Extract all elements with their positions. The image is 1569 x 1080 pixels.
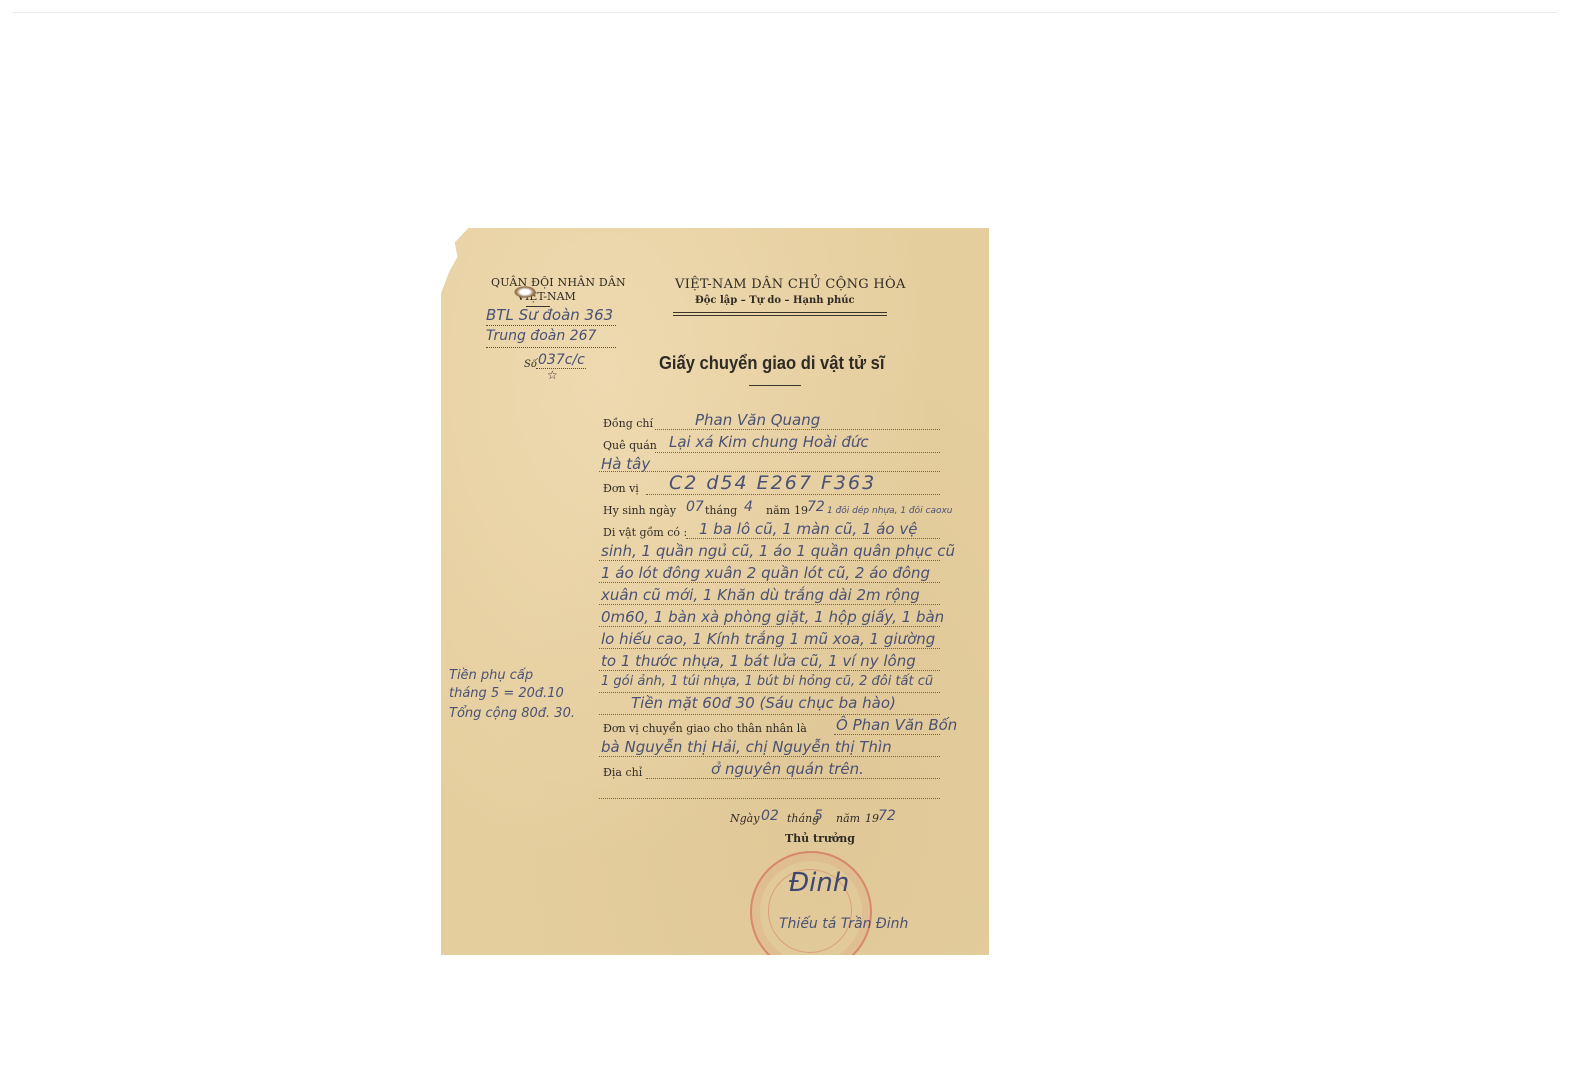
items-rule-0 bbox=[686, 538, 940, 539]
org-name-line-1: QUÂN ĐỘI NHÂN DÂN bbox=[491, 276, 626, 289]
items-rule bbox=[599, 648, 940, 649]
items-line: 1 gói ảnh, 1 túi nhựa, 1 bút bi hỏng cũ,… bbox=[601, 674, 933, 689]
margin-note-line-2: tháng 5 = 20đ.10 bbox=[449, 686, 564, 701]
date-day: 02 bbox=[761, 808, 779, 824]
header-rule bbox=[673, 312, 887, 313]
unit-label: Đơn vị bbox=[603, 482, 639, 495]
death-year-prefix: 19 bbox=[794, 504, 808, 517]
title-rule bbox=[749, 385, 801, 386]
punch-hole bbox=[514, 286, 536, 298]
unit-rule-2 bbox=[486, 347, 616, 348]
items-rule bbox=[599, 560, 940, 561]
address-rule-2 bbox=[599, 798, 940, 799]
items-line: to 1 thước nhựa, 1 bát lửa cũ, 1 ví ny l… bbox=[601, 652, 916, 670]
header-rule bbox=[673, 315, 887, 316]
comrade-rule bbox=[655, 429, 940, 430]
date-year-label: năm bbox=[836, 812, 860, 825]
items-rule bbox=[599, 714, 940, 715]
handover-value-2: bà Nguyễn thị Hải, chị Nguyễn thị Thìn bbox=[601, 738, 892, 756]
date-day-label: Ngày bbox=[730, 812, 759, 825]
items-line: 0m60, 1 bàn xà phòng giặt, 1 hộp giấy, 1… bbox=[601, 608, 944, 626]
document-title: Giấy chuyển giao di vật tử sĩ bbox=[659, 353, 885, 374]
number-rule bbox=[536, 368, 586, 369]
comrade-value: Phan Văn Quang bbox=[695, 411, 820, 429]
unit-line-1: BTL Sư đoàn 363 bbox=[486, 306, 613, 324]
death-date-label: Hy sinh ngày bbox=[603, 504, 676, 517]
address-label: Địa chỉ bbox=[603, 766, 642, 779]
items-rule bbox=[599, 692, 940, 693]
signer-name: Thiếu tá Trần Đinh bbox=[779, 916, 908, 932]
unit-line-2: Trung đoàn 267 bbox=[486, 328, 596, 344]
date-year: 72 bbox=[878, 808, 896, 824]
handover-rule-2 bbox=[599, 756, 940, 757]
items-rule bbox=[599, 582, 940, 583]
handover-label: Đơn vị chuyển giao cho thân nhân là bbox=[603, 722, 807, 735]
national-motto: Độc lập – Tự do – Hạnh phúc bbox=[695, 295, 855, 306]
date-year-prefix: 19 bbox=[865, 812, 879, 825]
death-month-label: tháng bbox=[705, 504, 737, 517]
death-month: 4 bbox=[744, 499, 753, 515]
address-rule bbox=[646, 778, 940, 779]
handover-rule bbox=[834, 734, 940, 735]
signature: Đinh bbox=[789, 868, 849, 898]
items-line: 1 ba lô cũ, 1 màn cũ, 1 áo vệ bbox=[699, 520, 917, 538]
items-label: Di vật gồm có : bbox=[603, 526, 687, 539]
star-icon: ☆ bbox=[547, 368, 558, 382]
document-page: QUÂN ĐỘI NHÂN DÂN VIỆT-NAM BTL Sư đoàn 3… bbox=[441, 228, 989, 955]
nation-name: VIỆT-NAM DÂN CHỦ CỘNG HÒA bbox=[675, 277, 906, 292]
items-line: 1 áo lót đông xuân 2 quần lót cũ, 2 áo đ… bbox=[601, 564, 930, 582]
items-rule bbox=[599, 670, 940, 671]
death-year-label: năm bbox=[766, 504, 790, 517]
unit-rule-1 bbox=[486, 325, 616, 326]
handover-value-1: Ô Phan Văn Bốn bbox=[836, 716, 957, 734]
hometown-value-1: Lại xá Kim chung Hoài đức bbox=[669, 433, 869, 451]
margin-note-line-3: Tổng cộng 80đ. 30. bbox=[449, 706, 575, 721]
hometown-rule bbox=[655, 452, 940, 453]
items-line: sinh, 1 quần ngủ cũ, 1 áo 1 quần quân ph… bbox=[601, 542, 955, 560]
items-rule bbox=[599, 626, 940, 627]
items-rule bbox=[599, 604, 940, 605]
margin-note-line-1: Tiền phụ cấp bbox=[449, 668, 533, 683]
unit-rule bbox=[646, 494, 940, 495]
death-extra-items: 1 đôi dép nhựa, 1 đôi caoxu bbox=[827, 506, 953, 516]
death-day: 07 bbox=[686, 499, 704, 515]
address-value: ở nguyên quán trên. bbox=[711, 760, 864, 778]
comrade-label: Đồng chí bbox=[603, 417, 653, 430]
hometown-label: Quê quán bbox=[603, 439, 657, 452]
death-year: 72 bbox=[807, 499, 825, 515]
signer-title: Thủ trưởng bbox=[785, 832, 855, 845]
items-line: lo hiếu cao, 1 Kính trắng 1 mũ xoa, 1 gi… bbox=[601, 630, 935, 648]
number-value: 037c/c bbox=[538, 352, 585, 368]
items-line: xuân cũ mới, 1 Khăn dù trắng dài 2m rộng bbox=[601, 586, 920, 604]
date-month: 5 bbox=[814, 808, 823, 824]
cash-line: Tiền mặt 60đ 30 (Sáu chục ba hào) bbox=[631, 694, 896, 712]
unit-value: C2 d54 E267 F363 bbox=[669, 472, 876, 494]
